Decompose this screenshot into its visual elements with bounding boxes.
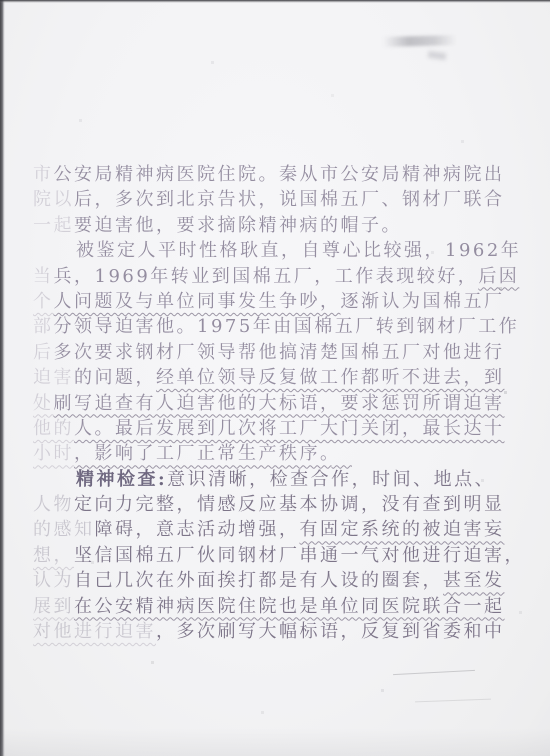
text-line: 院以后，多次到北京告状，说国棉五厂、钢材厂联合 xyxy=(33,187,503,212)
text-line: 认为自己几次在外面挨打都是有人设的圈套，甚至发 xyxy=(33,568,503,593)
text-segment: 后 xyxy=(33,342,54,363)
text-segment: 小时 xyxy=(33,443,74,464)
text-segment: 市 xyxy=(33,164,54,185)
text-segment: ，影响了工厂正常生产秩序。 xyxy=(74,443,332,464)
text-segment: 后，多次到北京告状，说国棉五厂、钢材厂联合 xyxy=(74,189,505,210)
text-line: 的感知障碍，意志活动增强，有固定系统的被迫害妄 xyxy=(33,517,503,542)
text-segment: 在公安精神病医院住院也是单位同医院联合一起 xyxy=(74,596,505,617)
text-line: 一起要迫害他，要求摘除精神病的帽子。 xyxy=(33,213,503,238)
text-segment: 个 xyxy=(33,291,54,312)
text-line: 展到在公安精神病医院住院也是单位同医院联合一起 xyxy=(33,594,503,619)
text-line: 想，坚信国棉五厂伙同钢材厂串通一气对他进行迫害， xyxy=(33,543,503,568)
text-segment: 分领导迫害他。1975年由国棉五厂转到钢材厂工作 xyxy=(54,316,520,337)
text-line: 迫害的问题，经单位领导反复做工作都听不进去，到 xyxy=(33,365,503,390)
text-segment: 精神检查: xyxy=(76,469,167,490)
text-line: 被鉴定人平时性格耿直，自尊心比较强，1962年 xyxy=(33,238,503,263)
text-segment: 迫害 xyxy=(33,367,74,388)
text-segment: 对他进行迫害 xyxy=(33,621,156,642)
text-segment: 要迫害他，要求摘除精神病的帽子。 xyxy=(74,215,402,236)
text-segment: 经单位领导反复做工作都听不进去，到 xyxy=(156,367,505,388)
text-segment: 障碍，意志活动增强， xyxy=(95,519,300,540)
text-line: 人物定向力完整，情感反应基本协调，没有查到明显 xyxy=(33,492,503,517)
text-segment: 公安局精神病医院住院。秦从市公安局精神病院出 xyxy=(54,164,505,185)
text-segment: 的感知 xyxy=(33,519,95,540)
text-segment: 坚信国棉五厂伙同钢材厂串通一气对他进行迫害， xyxy=(74,545,525,566)
text-segment: 人物 xyxy=(33,494,74,515)
text-segment xyxy=(332,443,353,464)
text-segment: 院以 xyxy=(33,189,74,210)
text-line: 部分领导迫害他。1975年由国棉五厂转到钢材厂工作 xyxy=(33,314,503,339)
text-line: 处刷写追查有人迫害他的大标语，要求惩罚所谓迫害 xyxy=(33,391,503,416)
text-line: 个人问题及与单位同事发生争吵，逐渐认为国棉五厂 xyxy=(33,289,503,314)
document-text: 市公安局精神病医院住院。秦从市公安局精神病院出院以后，多次到北京告状，说国棉五厂… xyxy=(33,162,503,644)
text-segment: 被鉴定人平时性格耿直，自尊心比较强，1962年 xyxy=(76,240,521,261)
text-line: 当兵，1969年转业到国棉五厂，工作表现较好，后因 xyxy=(33,264,503,289)
text-segment: 刷写追查有人迫害他的大标语，要求惩罚所谓迫害 xyxy=(54,393,505,414)
text-segment: 部 xyxy=(33,316,54,337)
text-segment: 人。最后发展到几次将工厂大门关闭，最长达十 xyxy=(74,418,505,439)
text-segment: 甚至发 xyxy=(443,570,505,591)
faint-scratch-line-2 xyxy=(415,699,491,703)
text-segment: 后因 xyxy=(478,266,519,287)
faded-stamp-smudge xyxy=(383,35,457,47)
scanner-shadow-bottom xyxy=(0,728,550,756)
text-segment: 一起 xyxy=(33,215,74,236)
text-line: 精神检查:意识清晰，检查合作，时间、地点、 xyxy=(33,467,503,492)
scanned-document-page: 市公安局精神病医院住院。秦从市公安局精神病院出院以后，多次到北京告状，说国棉五厂… xyxy=(0,0,550,756)
text-segment: 逐渐认为国棉五厂 xyxy=(341,291,505,312)
text-line: 对他进行迫害，多次刷写大幅标语，反复到省委和中 xyxy=(33,619,503,644)
text-line: 后多次要求钢材厂领导帮他搞清楚国棉五厂对他进行 xyxy=(33,340,503,365)
text-segment: 认为 xyxy=(33,570,74,591)
text-segment: ，多次刷写大幅标语，反复到省委和中 xyxy=(156,621,505,642)
text-line: 他的人。最后发展到几次将工厂大门关闭，最长达十 xyxy=(33,416,503,441)
text-segment: 想， xyxy=(33,545,74,566)
text-segment: 的问题， xyxy=(74,367,156,388)
text-segment: 处 xyxy=(33,393,54,414)
scanner-edge-top xyxy=(0,0,550,3)
text-segment: 展到 xyxy=(33,596,74,617)
text-segment: 多次要求钢材厂领导帮他搞清楚国棉五厂对他进行 xyxy=(54,342,505,363)
faint-scratch-line-1 xyxy=(393,670,475,675)
text-segment: 自己几次在外面挨打都是有人设的圈套， xyxy=(74,570,443,591)
text-segment: 意识清晰，检查合作，时间、地点、 xyxy=(167,469,495,490)
text-line: 小时，影响了工厂正常生产秩序。 xyxy=(33,441,503,466)
text-segment: 定向力完整，情感反应基本协调，没有查到明显 xyxy=(74,494,505,515)
text-line: 市公安局精神病医院住院。秦从市公安局精神病院出 xyxy=(33,162,503,187)
scanner-edge-left xyxy=(0,0,5,756)
faded-stamp-smudge-secondary xyxy=(428,51,447,60)
text-segment: 当 xyxy=(33,266,54,287)
text-segment: 他的 xyxy=(33,418,74,439)
text-segment: 人问题及与单位同事发生争吵， xyxy=(54,291,341,312)
text-segment: 有固定系统的被迫害妄 xyxy=(300,519,505,540)
text-segment: 兵，1969年转业到国棉五厂，工作表现较好， xyxy=(54,266,479,287)
